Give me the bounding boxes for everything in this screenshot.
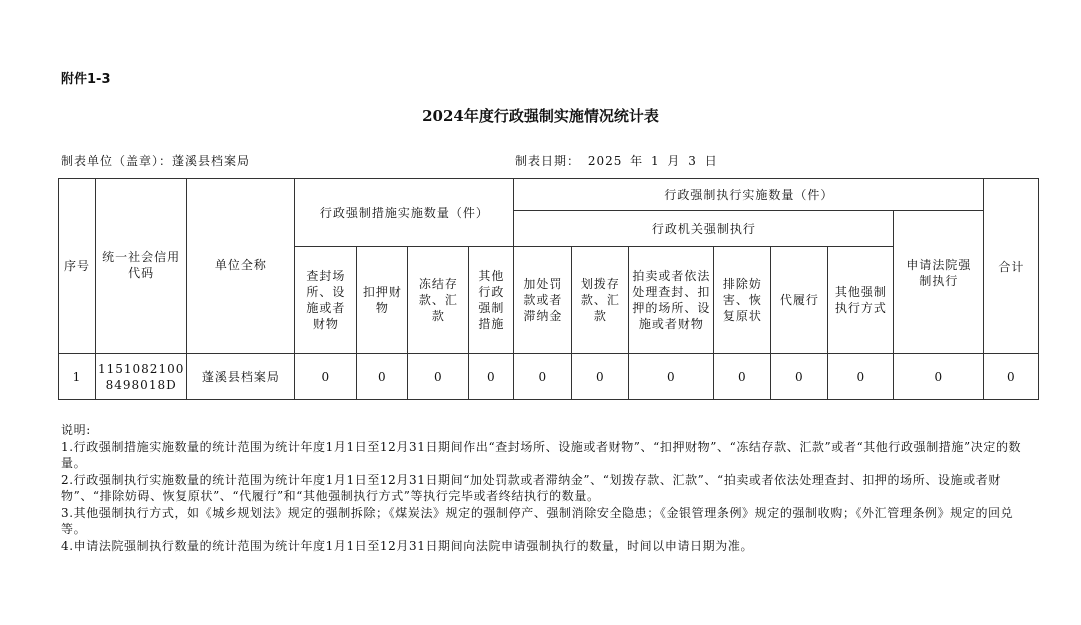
note-item-1: 1.行政强制措施实施数量的统计范围为统计年度1月1日至12月31日期间作出“查封… (61, 439, 1036, 472)
header-unit-name: 单位全称 (187, 179, 295, 354)
header-agency-group: 行政机关强制执行 (514, 211, 894, 247)
header-agency-auction: 拍卖或者依法处理查封、扣押的场所、设施或者财物 (629, 247, 714, 354)
note-item-2: 2.行政强制执行实施数量的统计范围为统计年度1月1日至12月31日期间“加处罚款… (61, 472, 1036, 505)
cell-measure-seal: 0 (295, 354, 357, 400)
notes-heading: 说明: (61, 422, 1036, 439)
cell-agency-other: 0 (828, 354, 894, 400)
page-title: 2024年度行政强制实施情况统计表 (0, 105, 1081, 126)
cell-measure-other: 0 (469, 354, 514, 400)
header-measure-seal: 查封场所、设施或者财物 (295, 247, 357, 354)
cell-agency-transfer: 0 (572, 354, 629, 400)
cell-credit-code: 1151082100 8498018D (96, 354, 187, 400)
cell-court: 0 (894, 354, 984, 400)
header-total: 合计 (984, 179, 1039, 354)
header-measure-seize: 扣押财物 (357, 247, 408, 354)
notes-section: 说明: 1.行政强制措施实施数量的统计范围为统计年度1月1日至12月31日期间作… (61, 422, 1036, 554)
cell-seq: 1 (59, 354, 96, 400)
cell-measure-freeze: 0 (408, 354, 469, 400)
header-agency-penalty: 加处罚款或者滞纳金 (514, 247, 572, 354)
note-item-4: 4.申请法院强制执行数量的统计范围为统计年度1月1日至12月31日期间向法院申请… (61, 538, 1036, 555)
header-agency-substitute: 代履行 (771, 247, 828, 354)
header-seq: 序号 (59, 179, 96, 354)
cell-agency-substitute: 0 (771, 354, 828, 400)
cell-unit-name: 蓬溪县档案局 (187, 354, 295, 400)
header-agency-other: 其他强制执行方式 (828, 247, 894, 354)
header-credit-code: 统一社会信用代码 (96, 179, 187, 354)
credit-code-line-2: 8498018D (98, 377, 184, 393)
cell-agency-penalty: 0 (514, 354, 572, 400)
header-agency-remove: 排除妨害、恢复原状 (714, 247, 771, 354)
header-measures-group: 行政强制措施实施数量（件） (295, 179, 514, 247)
report-date: 制表日期： 2025 年 1 月 3 日 (515, 152, 718, 169)
statistics-table: 序号 统一社会信用代码 单位全称 行政强制措施实施数量（件） 行政强制执行实施数… (58, 178, 1039, 400)
header-execution-group: 行政强制执行实施数量（件） (514, 179, 984, 211)
table-row: 1 1151082100 8498018D 蓬溪县档案局 0 0 0 0 0 0… (59, 354, 1039, 400)
credit-code-line-1: 1151082100 (98, 361, 184, 377)
cell-agency-auction: 0 (629, 354, 714, 400)
header-measure-freeze: 冻结存款、汇款 (408, 247, 469, 354)
attachment-label: 附件1-3 (61, 68, 111, 87)
header-agency-transfer: 划拨存款、汇款 (572, 247, 629, 354)
cell-measure-seize: 0 (357, 354, 408, 400)
reporting-unit: 制表单位（盖章）：蓬溪县档案局 (61, 152, 250, 169)
cell-agency-remove: 0 (714, 354, 771, 400)
header-measure-other: 其他行政强制措施 (469, 247, 514, 354)
header-court: 申请法院强制执行 (894, 211, 984, 354)
header-row-1: 序号 统一社会信用代码 单位全称 行政强制措施实施数量（件） 行政强制执行实施数… (59, 179, 1039, 211)
note-item-3: 3.其他强制执行方式，如《城乡规划法》规定的强制拆除；《煤炭法》规定的强制停产、… (61, 505, 1036, 538)
cell-total: 0 (984, 354, 1039, 400)
